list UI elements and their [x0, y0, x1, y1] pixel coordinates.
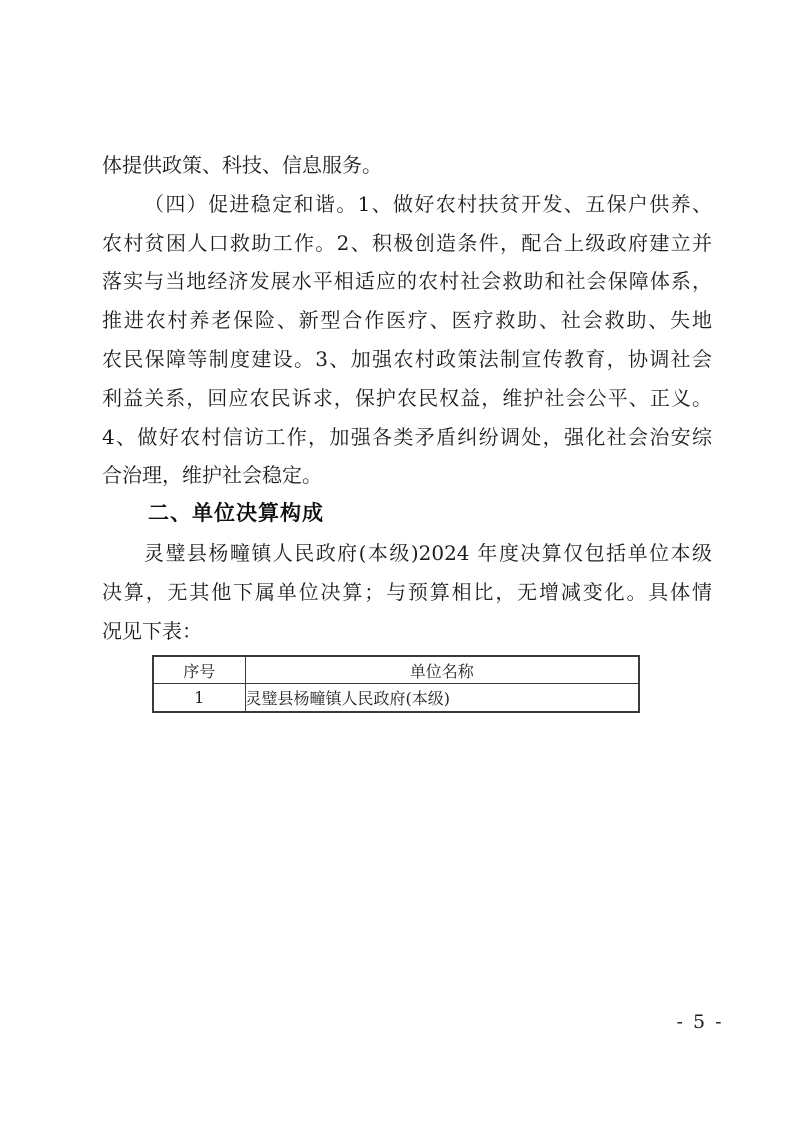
section-heading: 二、单位决算构成	[102, 495, 712, 534]
body-line: 农民保障等制度建设。3、加强农村政策法制宣传教育，协调社会	[102, 340, 712, 379]
body-line: 合治理，维护社会稳定。	[102, 456, 712, 495]
table-header-unit-name: 单位名称	[245, 656, 639, 684]
body-line: 灵璧县杨疃镇人民政府(本级)2024 年度决算仅包括单位本级	[102, 534, 712, 573]
table-cell-unit-name: 灵璧县杨疃镇人民政府(本级)	[245, 684, 639, 713]
table-header-index: 序号	[153, 656, 245, 684]
table-header-row: 序号 单位名称	[153, 656, 639, 684]
document-page: 体提供政策、科技、信息服务。 （四）促进稳定和谐。1、做好农村扶贫开发、五保户供…	[0, 0, 793, 1122]
body-line: 农村贫困人口救助工作。2、积极创造条件，配合上级政府建立并	[102, 224, 712, 263]
body-line: 4、做好农村信访工作，加强各类矛盾纠纷调处，强化社会治安综	[102, 418, 712, 457]
unit-table: 序号 单位名称 1 灵璧县杨疃镇人民政府(本级)	[152, 655, 640, 713]
body-line: 落实与当地经济发展水平相适应的农村社会救助和社会保障体系，	[102, 262, 712, 301]
body-line: （四）促进稳定和谐。1、做好农村扶贫开发、五保户供养、	[102, 185, 712, 224]
table-cell-index: 1	[153, 684, 245, 713]
body-line: 体提供政策、科技、信息服务。	[102, 146, 712, 185]
table-row: 1 灵璧县杨疃镇人民政府(本级)	[153, 684, 639, 713]
body-line: 推进农村养老保险、新型合作医疗、医疗救助、社会救助、失地	[102, 301, 712, 340]
body-line: 决算，无其他下属单位决算；与预算相比，无增减变化。具体情	[102, 573, 712, 612]
page-number: - 5 -	[655, 1008, 745, 1036]
body-line: 利益关系，回应农民诉求，保护农民权益，维护社会公平、正义。	[102, 379, 712, 418]
body-text: 体提供政策、科技、信息服务。 （四）促进稳定和谐。1、做好农村扶贫开发、五保户供…	[102, 146, 712, 650]
body-line: 况见下表：	[102, 612, 712, 651]
